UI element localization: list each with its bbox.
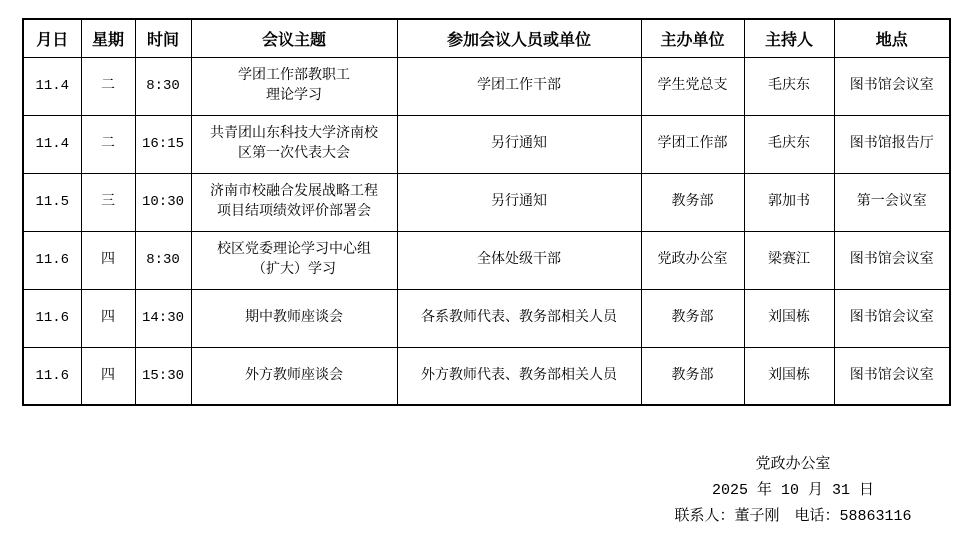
- header-row: 月日 星期 时间 会议主题 参加会议人员或单位 主办单位 主持人 地点: [23, 19, 950, 57]
- meeting-schedule-table: 月日 星期 时间 会议主题 参加会议人员或单位 主办单位 主持人 地点 11.4…: [22, 18, 951, 406]
- location-cell: 图书馆会议室: [834, 347, 950, 405]
- time-cell: 10:30: [135, 173, 191, 231]
- topic-cell: 济南市校融合发展战略工程 项目结项绩效评价部署会: [191, 173, 397, 231]
- date-cell: 11.4: [23, 57, 81, 115]
- organizer-cell: 教务部: [641, 173, 744, 231]
- host-cell: 毛庆东: [744, 57, 834, 115]
- participants-cell: 外方教师代表、教务部相关人员: [397, 347, 641, 405]
- topic-cell: 校区党委理论学习中心组 （扩大）学习: [191, 231, 397, 289]
- weekday-cell: 三: [81, 173, 135, 231]
- organizer-cell: 教务部: [641, 347, 744, 405]
- location-cell: 图书馆报告厅: [834, 115, 950, 173]
- location-cell: 第一会议室: [834, 173, 950, 231]
- organizer-cell: 教务部: [641, 289, 744, 347]
- date-cell: 11.5: [23, 173, 81, 231]
- participants-cell: 另行通知: [397, 115, 641, 173]
- time-cell: 8:30: [135, 57, 191, 115]
- topic-cell: 期中教师座谈会: [191, 289, 397, 347]
- footer-date: 2025 年 10 月 31 日: [613, 478, 973, 504]
- header-topic: 会议主题: [191, 19, 397, 57]
- location-cell: 图书馆会议室: [834, 289, 950, 347]
- weekday-cell: 四: [81, 347, 135, 405]
- topic-cell: 外方教师座谈会: [191, 347, 397, 405]
- time-cell: 14:30: [135, 289, 191, 347]
- table-row: 11.6 四 8:30 校区党委理论学习中心组 （扩大）学习 全体处级干部 党政…: [23, 231, 950, 289]
- time-cell: 8:30: [135, 231, 191, 289]
- organizer-cell: 学团工作部: [641, 115, 744, 173]
- table-row: 11.6 四 14:30 期中教师座谈会 各系教师代表、教务部相关人员 教务部 …: [23, 289, 950, 347]
- host-cell: 毛庆东: [744, 115, 834, 173]
- time-cell: 15:30: [135, 347, 191, 405]
- location-cell: 图书馆会议室: [834, 57, 950, 115]
- host-cell: 郭加书: [744, 173, 834, 231]
- topic-cell: 共青团山东科技大学济南校 区第一次代表大会: [191, 115, 397, 173]
- header-host: 主持人: [744, 19, 834, 57]
- location-cell: 图书馆会议室: [834, 231, 950, 289]
- header-participants: 参加会议人员或单位: [397, 19, 641, 57]
- date-cell: 11.4: [23, 115, 81, 173]
- table-row: 11.5 三 10:30 济南市校融合发展战略工程 项目结项绩效评价部署会 另行…: [23, 173, 950, 231]
- table-row: 11.4 二 8:30 学团工作部教职工 理论学习 学团工作干部 学生党总支 毛…: [23, 57, 950, 115]
- header-organizer: 主办单位: [641, 19, 744, 57]
- signature-block: 党政办公室 2025 年 10 月 31 日 联系人：董子刚 电话：588631…: [613, 452, 973, 530]
- date-cell: 11.6: [23, 231, 81, 289]
- table-row: 11.6 四 15:30 外方教师座谈会 外方教师代表、教务部相关人员 教务部 …: [23, 347, 950, 405]
- weekday-cell: 二: [81, 115, 135, 173]
- footer-office: 党政办公室: [613, 452, 973, 478]
- host-cell: 刘国栋: [744, 289, 834, 347]
- header-time: 时间: [135, 19, 191, 57]
- date-cell: 11.6: [23, 347, 81, 405]
- header-weekday: 星期: [81, 19, 135, 57]
- date-cell: 11.6: [23, 289, 81, 347]
- time-cell: 16:15: [135, 115, 191, 173]
- topic-cell: 学团工作部教职工 理论学习: [191, 57, 397, 115]
- footer-contact: 联系人：董子刚 电话：58863116: [613, 504, 973, 530]
- weekday-cell: 四: [81, 289, 135, 347]
- participants-cell: 全体处级干部: [397, 231, 641, 289]
- host-cell: 梁赛江: [744, 231, 834, 289]
- header-location: 地点: [834, 19, 950, 57]
- weekday-cell: 二: [81, 57, 135, 115]
- schedule-page: 月日 星期 时间 会议主题 参加会议人员或单位 主办单位 主持人 地点 11.4…: [0, 0, 973, 533]
- participants-cell: 学团工作干部: [397, 57, 641, 115]
- participants-cell: 各系教师代表、教务部相关人员: [397, 289, 641, 347]
- table-row: 11.4 二 16:15 共青团山东科技大学济南校 区第一次代表大会 另行通知 …: [23, 115, 950, 173]
- weekday-cell: 四: [81, 231, 135, 289]
- header-month-day: 月日: [23, 19, 81, 57]
- organizer-cell: 党政办公室: [641, 231, 744, 289]
- host-cell: 刘国栋: [744, 347, 834, 405]
- organizer-cell: 学生党总支: [641, 57, 744, 115]
- participants-cell: 另行通知: [397, 173, 641, 231]
